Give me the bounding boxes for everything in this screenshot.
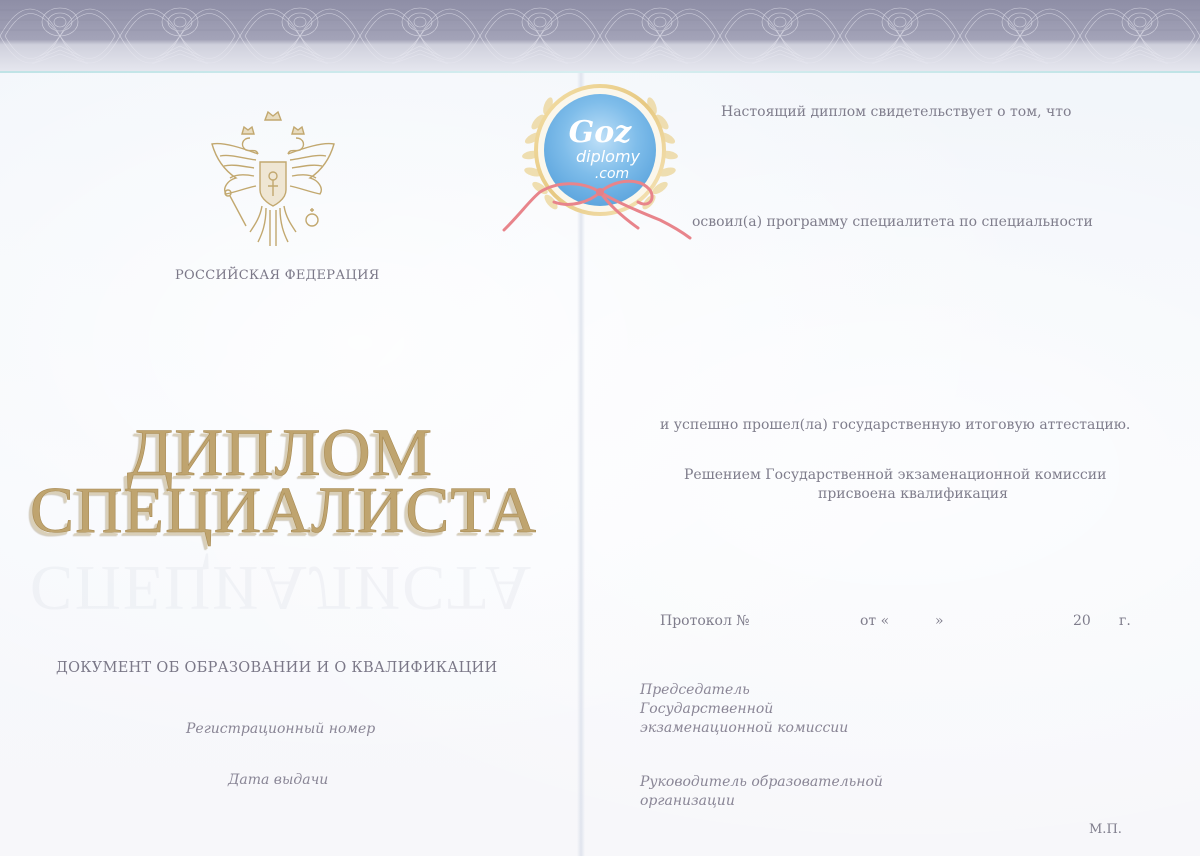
program-line: освоил(а) программу специалитета по спец… bbox=[692, 214, 1093, 230]
logo-text-diplomy: diplomy bbox=[576, 147, 641, 166]
protocol-number-label: Протокол № bbox=[660, 613, 750, 629]
decision-line-1: Решением Государственной экзаменационной… bbox=[684, 467, 1106, 483]
protocol-year-prefix: 20 bbox=[1073, 613, 1091, 629]
attestation-line: и успешно прошел(ла) государственную ито… bbox=[660, 417, 1130, 433]
document-subtitle: ДОКУМЕНТ ОБ ОБРАЗОВАНИИ И О КВАЛИФИКАЦИИ bbox=[56, 660, 497, 676]
laurel-seal-icon: Goz diplomy .com bbox=[500, 62, 700, 242]
title-watermark: СПЕЦИАЛИСТА bbox=[30, 556, 530, 620]
certifies-line: Настоящий диплом свидетельствует о том, … bbox=[721, 104, 1071, 120]
registration-number-label: Регистрационный номер bbox=[186, 721, 375, 737]
head-line-2: организации bbox=[640, 793, 735, 809]
protocol-date-open: от « bbox=[860, 613, 889, 629]
issue-date-label: Дата выдачи bbox=[228, 772, 328, 788]
protocol-date-close: » bbox=[935, 613, 944, 629]
chairman-line-2: Государственной bbox=[640, 701, 773, 717]
coat-of-arms-icon bbox=[206, 108, 340, 252]
protocol-year-suffix: г. bbox=[1119, 613, 1131, 629]
decision-line-2: присвоена квалификация bbox=[818, 486, 1008, 502]
chairman-line-1: Председатель bbox=[640, 682, 750, 698]
logo-text-com: .com bbox=[595, 166, 629, 182]
head-line-1: Руководитель образовательной bbox=[640, 774, 883, 790]
country-name: РОССИЙСКАЯ ФЕДЕРАЦИЯ bbox=[175, 268, 380, 283]
diploma-spread: РОССИЙСКАЯ ФЕДЕРАЦИЯ СПЕЦИАЛИСТА ДИПЛОМ … bbox=[0, 0, 1200, 856]
chairman-line-3: экзаменационной комиссии bbox=[640, 720, 848, 736]
stamp-place: М.П. bbox=[1089, 822, 1122, 837]
title-line-2: СПЕЦИАЛИСТА bbox=[30, 478, 530, 544]
watermark-logo: Goz diplomy .com bbox=[500, 62, 700, 242]
logo-text-goz: Goz bbox=[569, 115, 633, 150]
